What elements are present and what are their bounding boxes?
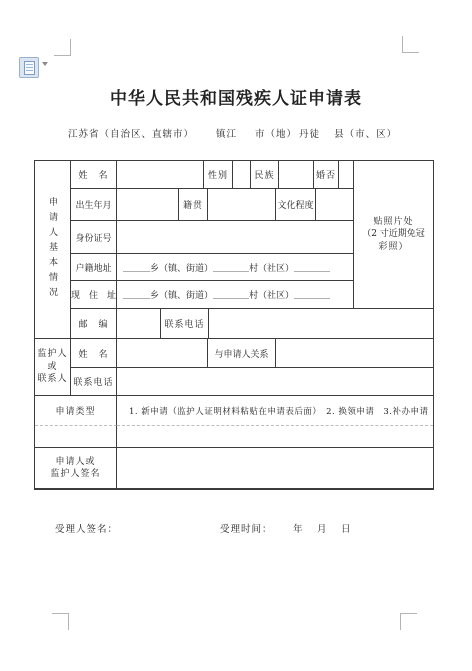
native-place-label-cell: 籍贯	[179, 189, 208, 221]
photo-note-line1: 贴照片处	[362, 216, 425, 229]
postcode-value-cell[interactable]	[117, 309, 161, 339]
sex-value-cell[interactable]	[233, 161, 251, 189]
guardian-section-line3: 联系人	[37, 373, 67, 386]
household-address-value-cell[interactable]: ＿＿＿乡（镇、街道）＿＿＿＿村（社区）＿＿＿＿	[117, 254, 354, 281]
birth-label-cell: 出生年月	[71, 189, 117, 221]
margin-mark-top-left	[54, 39, 71, 56]
applicant-section-label-cell: 申请人基本情况	[35, 161, 71, 339]
acceptor-signature-label: 受理人签名：	[55, 521, 118, 535]
current-address-label-cell: 现 住 址	[71, 281, 117, 309]
applicant-section-label: 申请人基本情况	[46, 197, 59, 302]
margin-mark-bottom-right	[400, 613, 417, 630]
city-value: 镇江	[216, 129, 237, 140]
word-page: 中华人民共和国残疾人证申请表 江苏省（自治区、直辖市）镇江市（地）丹徒县（市、区…	[0, 0, 472, 671]
phone-value-cell[interactable]	[209, 309, 433, 339]
application-form-table: 申请人基本情况 姓 名 性别 民族 婚否 贴照片处 （2 寸近期免冠 彩照） 出…	[34, 160, 434, 490]
paste-options-dropdown-arrow-icon[interactable]	[42, 62, 48, 66]
postcode-label-cell: 邮 编	[71, 309, 117, 339]
county-unit: 县（市、区）	[334, 129, 397, 140]
signature-label-line1: 申请人或	[50, 456, 100, 469]
id-number-value-cell[interactable]	[117, 221, 354, 254]
year-label: 年	[293, 521, 304, 535]
household-address-label-cell: 户籍地址	[71, 254, 117, 281]
phone-label-cell: 联系电话	[161, 309, 209, 339]
city-unit: 市（地）	[255, 129, 297, 140]
guardian-section-line1: 监护人	[37, 348, 67, 361]
relation-label-cell: 与申请人关系	[208, 339, 276, 368]
photo-note-line2: （2 寸近期免冠	[362, 228, 425, 241]
form-title: 中华人民共和国残疾人证申请表	[0, 84, 472, 109]
ethnicity-label-cell: 民族	[251, 161, 279, 189]
day-label: 日	[341, 521, 352, 535]
photo-note-line3: 彩照）	[362, 241, 425, 254]
education-label-cell: 文化程度	[276, 189, 316, 221]
margin-mark-bottom-left	[52, 613, 69, 630]
signature-label-line2: 监护人签名	[50, 468, 100, 481]
paste-options-icon[interactable]	[19, 57, 39, 78]
apply-type-options-cell-cont[interactable]	[117, 426, 433, 448]
signature-value-cell[interactable]	[117, 448, 433, 489]
accept-time-label: 受理时间：	[220, 521, 273, 535]
guardian-phone-value-cell[interactable]	[117, 368, 433, 396]
marital-label-cell: 婚否	[314, 161, 339, 189]
education-value-cell[interactable]	[316, 189, 354, 221]
province-prefix: 江苏省（自治区、直辖市）	[68, 129, 194, 140]
marital-value-cell[interactable]	[339, 161, 354, 189]
signature-label-cell: 申请人或 监护人签名	[35, 448, 117, 489]
month-label: 月	[317, 521, 328, 535]
native-place-value-cell[interactable]	[208, 189, 276, 221]
current-address-value-cell[interactable]: ＿＿＿乡（镇、街道）＿＿＿＿村（社区）＿＿＿＿	[117, 281, 354, 309]
photo-area-cell: 贴照片处 （2 寸近期免冠 彩照）	[354, 161, 433, 309]
sex-label-cell: 性别	[204, 161, 233, 189]
document-sheet-icon	[24, 61, 35, 75]
birth-value-cell[interactable]	[117, 189, 179, 221]
guardian-name-label-cell: 姓 名	[71, 339, 117, 368]
guardian-section-line2: 或	[37, 361, 67, 374]
guardian-name-value-cell[interactable]	[117, 339, 208, 368]
county-value: 丹徒	[299, 129, 320, 140]
margin-mark-top-right	[402, 36, 419, 53]
apply-type-label-cell: 申请类型	[35, 396, 117, 426]
guardian-phone-label-cell: 联系电话	[71, 368, 117, 396]
apply-type-options-cell[interactable]: 1. 新申请（监护人证明材料粘贴在申请表后面） 2. 换领申请 3.补办申请	[117, 396, 433, 426]
relation-value-cell[interactable]	[276, 339, 433, 368]
ethnicity-value-cell[interactable]	[279, 161, 314, 189]
apply-type-label-cell-cont	[35, 426, 117, 448]
name-value-cell[interactable]	[117, 161, 204, 189]
name-label-cell: 姓 名	[71, 161, 117, 189]
guardian-section-label-cell: 监护人 或 联系人	[35, 339, 71, 396]
province-line: 江苏省（自治区、直辖市）镇江市（地）丹徒县（市、区）	[68, 126, 397, 140]
id-number-label-cell: 身份证号	[71, 221, 117, 254]
